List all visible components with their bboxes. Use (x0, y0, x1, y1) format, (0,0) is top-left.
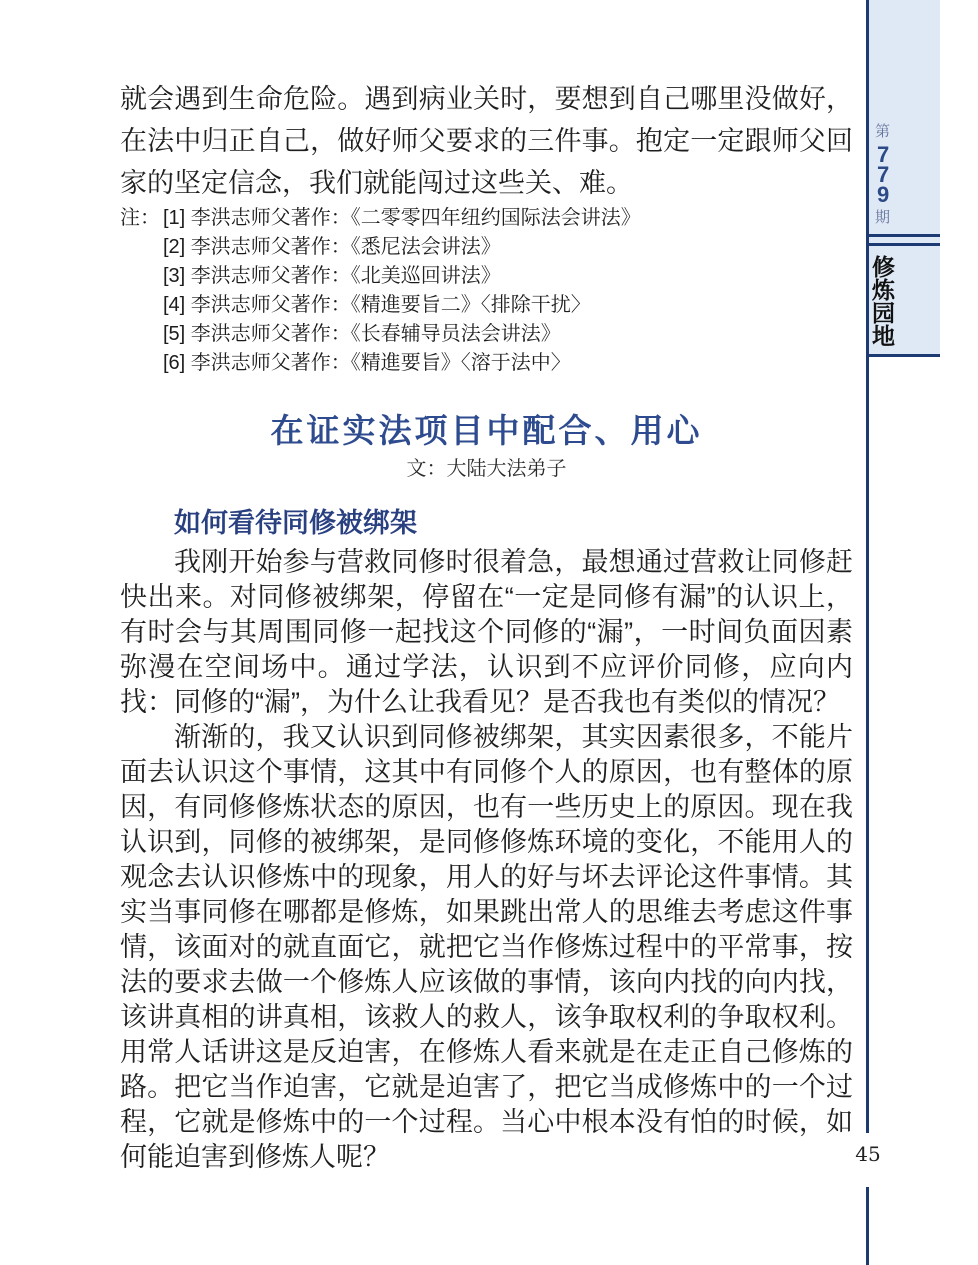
page-number: 45 (848, 1141, 888, 1167)
footnote: [2] 李洪志师父著作：《悉尼法会讲法》 (163, 233, 853, 262)
column-name-vertical: 修 炼 园 地 (872, 256, 895, 348)
article-paragraph: 我刚开始参与营救同修时很着急，最想通过营救让同修赶快出来。对同修被绑架，停留在“… (120, 545, 853, 720)
column-name-char: 地 (872, 325, 895, 348)
footnote: [5] 李洪志师父著作：《长春辅导员法会讲法》 (163, 320, 853, 349)
article-paragraph: 渐渐的，我又认识到同修被绑架，其实因素很多，不能片面去认识这个事情，这其中有同修… (120, 720, 853, 1175)
divider-double-rule (866, 234, 940, 246)
sidebar-panel: 第 7 7 9 期 修 炼 园 地 (869, 0, 940, 357)
article-title: 在证实法项目中配合、用心 (120, 408, 853, 454)
issue-digit: 9 (875, 185, 890, 205)
issue-digits: 7 7 9 (875, 145, 890, 205)
issue-number-block: 第 7 7 9 期 (875, 123, 890, 227)
column-name-char: 园 (872, 302, 895, 325)
footnote: [4] 李洪志师父著作：《精進要旨二》〈排除干扰〉 (163, 291, 853, 320)
article-byline: 文：大陆大法弟子 (120, 456, 853, 482)
notes-label: 注： (120, 204, 163, 233)
column-name-char: 修 (872, 256, 895, 279)
footnotes-block: 注： [1] 李洪志师父著作：《二零零四年纽约国际法会讲法》 [2] 李洪志师父… (120, 204, 853, 378)
continued-paragraph: 就会遇到生命危险。遇到病业关时，要想到自己哪里没做好，在法中归正自己，做好师父要… (120, 78, 853, 204)
panel-bottom-rule (866, 354, 940, 357)
issue-suffix: 期 (875, 209, 890, 227)
footnote: [6] 李洪志师父著作：《精進要旨》〈溶于法中〉 (163, 349, 853, 378)
divider-rule-line (866, 243, 940, 246)
divider-rule-line (866, 234, 940, 237)
section-heading: 如何看待同修被绑架 (120, 506, 853, 540)
footnote-list: [1] 李洪志师父著作：《二零零四年纽约国际法会讲法》 [2] 李洪志师父著作：… (163, 204, 853, 378)
footnote: [1] 李洪志师父著作：《二零零四年纽约国际法会讲法》 (163, 204, 853, 233)
article-column: 就会遇到生命危险。遇到病业关时，要想到自己哪里没做好，在法中归正自己，做好师父要… (120, 78, 853, 1175)
column-name-char: 炼 (872, 279, 895, 302)
issue-prefix: 第 (875, 123, 890, 141)
footnote: [3] 李洪志师父著作：《北美巡回讲法》 (163, 262, 853, 291)
sidebar-vertical-rule-bottom (866, 1187, 869, 1265)
